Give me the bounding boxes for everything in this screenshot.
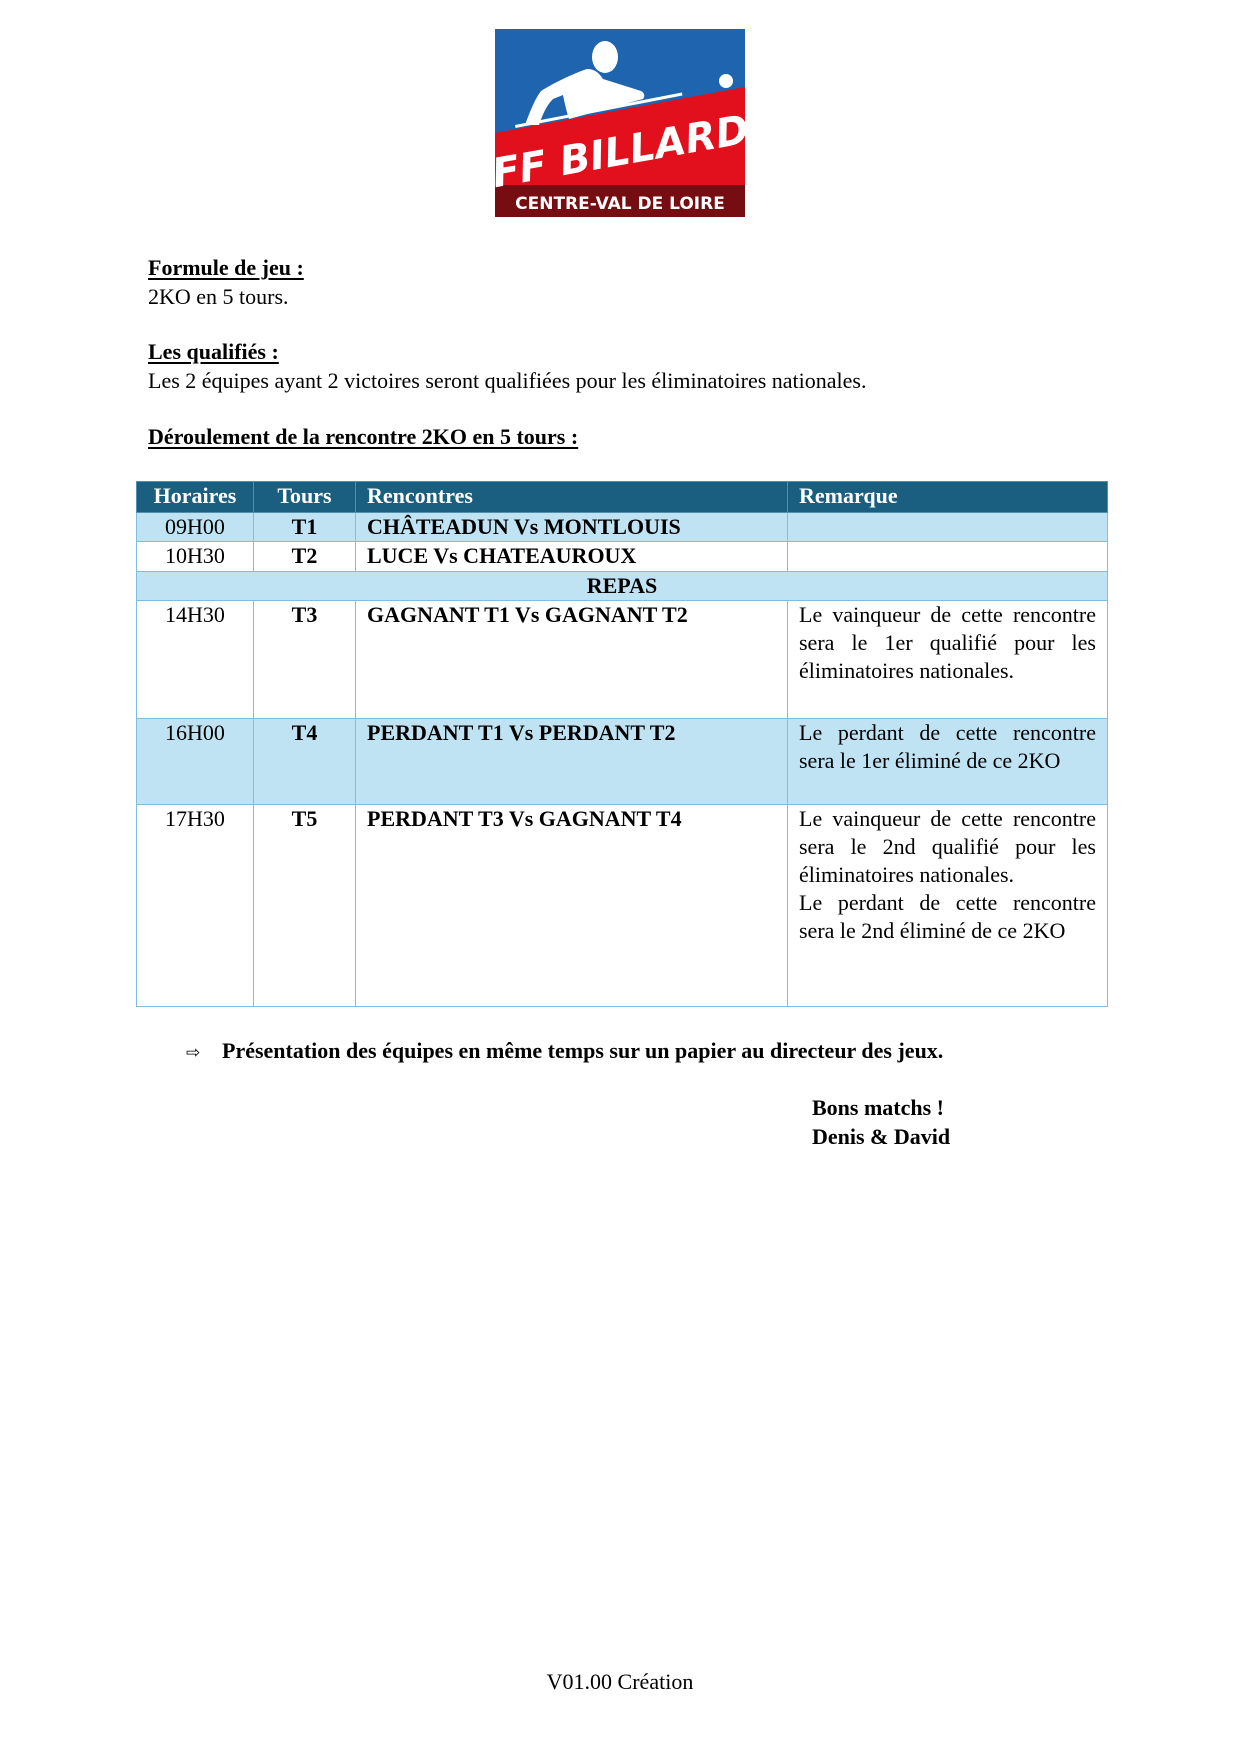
cell-time: 09H00	[137, 513, 254, 542]
table-header-row: Horaires Tours Rencontres Remarque	[137, 482, 1108, 513]
cell-tour: T5	[254, 805, 356, 1007]
cell-match: PERDANT T3 Vs GAGNANT T4	[356, 805, 788, 1007]
table-row: 17H30 T5 PERDANT T3 Vs GAGNANT T4 Le vai…	[137, 805, 1108, 1007]
cell-time: 16H00	[137, 719, 254, 805]
note-presentation: ⇨Présentation des équipes en même temps …	[186, 1036, 943, 1068]
heading-qualifies: Les qualifiés :	[148, 337, 866, 366]
header-remarque: Remarque	[788, 482, 1108, 513]
cell-tour: T3	[254, 601, 356, 719]
cell-remark: Le perdant de cette rencontre sera le 1e…	[788, 719, 1108, 805]
signature: Bons matchs ! Denis & David	[812, 1093, 950, 1151]
right-arrow-icon: ⇨	[186, 1039, 222, 1068]
cell-match: GAGNANT T1 Vs GAGNANT T2	[356, 601, 788, 719]
heading-deroulement: Déroulement de la rencontre 2KO en 5 tou…	[148, 422, 578, 451]
ff-billard-logo: FF BILLARD CENTRE-VAL DE LOIRE	[495, 29, 745, 217]
remark-text: Le vainqueur de cette rencontre sera le …	[799, 601, 1096, 685]
table-row: 09H00 T1 CHÂTEADUN Vs MONTLOUIS	[137, 513, 1108, 542]
table-row-break: REPAS	[137, 572, 1108, 601]
remark-text: Le perdant de cette rencontre sera le 2n…	[799, 889, 1096, 945]
section-qualifies: Les qualifiés : Les 2 équipes ayant 2 vi…	[148, 337, 866, 395]
text-formule: 2KO en 5 tours.	[148, 282, 304, 311]
heading-formule: Formule de jeu :	[148, 253, 304, 282]
header-rencontres: Rencontres	[356, 482, 788, 513]
section-formule: Formule de jeu : 2KO en 5 tours.	[148, 253, 304, 311]
cell-match: PERDANT T1 Vs PERDANT T2	[356, 719, 788, 805]
cell-repas: REPAS	[137, 572, 1108, 601]
table-row: 10H30 T2 LUCE Vs CHATEAUROUX	[137, 542, 1108, 572]
signature-line1: Bons matchs !	[812, 1093, 950, 1122]
cell-tour: T4	[254, 719, 356, 805]
header-horaires: Horaires	[137, 482, 254, 513]
logo-subtitle: CENTRE-VAL DE LOIRE	[515, 194, 725, 214]
header-tours: Tours	[254, 482, 356, 513]
cell-match: CHÂTEADUN Vs MONTLOUIS	[356, 513, 788, 542]
footer-version: V01.00 Création	[0, 1667, 1240, 1696]
cell-remark	[788, 513, 1108, 542]
cell-tour: T2	[254, 542, 356, 572]
cell-time: 14H30	[137, 601, 254, 719]
cell-remark: Le vainqueur de cette rencontre sera le …	[788, 805, 1108, 1007]
cell-tour: T1	[254, 513, 356, 542]
cell-match: LUCE Vs CHATEAUROUX	[356, 542, 788, 572]
table-row: 16H00 T4 PERDANT T1 Vs PERDANT T2 Le per…	[137, 719, 1108, 805]
text-qualifies: Les 2 équipes ayant 2 victoires seront q…	[148, 366, 866, 395]
section-deroulement: Déroulement de la rencontre 2KO en 5 tou…	[148, 422, 578, 451]
note-text: Présentation des équipes en même temps s…	[222, 1038, 943, 1063]
schedule-table: Horaires Tours Rencontres Remarque 09H00…	[136, 481, 1108, 1007]
table-row: 14H30 T3 GAGNANT T1 Vs GAGNANT T2 Le vai…	[137, 601, 1108, 719]
remark-text: Le perdant de cette rencontre sera le 1e…	[799, 719, 1096, 775]
signature-line2: Denis & David	[812, 1122, 950, 1151]
cell-remark	[788, 542, 1108, 572]
cell-time: 17H30	[137, 805, 254, 1007]
remark-text: Le vainqueur de cette rencontre sera le …	[799, 805, 1096, 889]
cell-time: 10H30	[137, 542, 254, 572]
cell-remark: Le vainqueur de cette rencontre sera le …	[788, 601, 1108, 719]
